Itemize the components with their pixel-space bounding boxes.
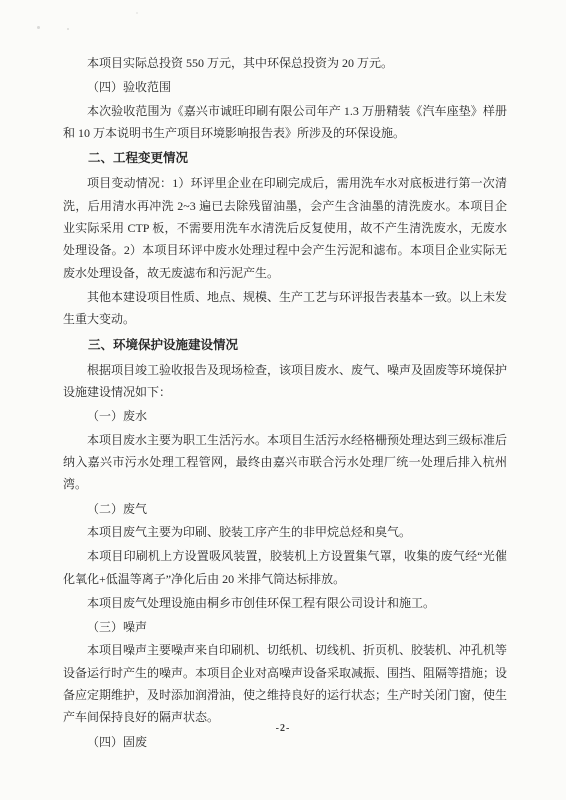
paragraph-waste-gas-treatment: 本项目印刷机上方设置吸风装置，胶装机上方设置集气罩，收集的废气经“光催化氧化+低…	[63, 545, 507, 590]
paragraph-acceptance-scope: 本次验收范围为《嘉兴市诚旺印刷有限公司年产 1.3 万册精装《汽车座垫》样册和 …	[63, 100, 507, 145]
paragraph-wastewater: 本项目废水主要为职工生活污水。本项目生活污水经格栅预处理达到三级标准后纳入嘉兴市…	[63, 429, 507, 496]
document-page: 本项目实际总投资 550 万元，其中环保总投资为 20 万元。 （四）验收范围 …	[0, 0, 566, 800]
paragraph-noise: 本项目噪声主要噪声来自印刷机、切纸机、切线机、折页机、胶装机、冲孔机等设备运行时…	[63, 639, 507, 728]
scan-artifact	[67, 28, 69, 30]
paragraph-no-major-changes: 其他本建设项目性质、地点、规模、生产工艺与环评报告表基本一致。以上未发生重大变动…	[63, 286, 507, 331]
document-body: 本项目实际总投资 550 万元，其中环保总投资为 20 万元。 （四）验收范围 …	[63, 52, 507, 754]
subheading-section-4-acceptance-scope: （四）验收范围	[63, 76, 507, 98]
paragraph-waste-gas-contractor: 本项目废气处理设施由桐乡市创佳环保工程有限公司设计和施工。	[63, 592, 507, 614]
scan-artifact	[37, 26, 40, 29]
paragraph-facilities-overview: 根据项目竣工验收报告及现场检查，该项目废水、废气、噪声及固废等环境保护设施建设情…	[63, 359, 507, 404]
paragraph-total-investment: 本项目实际总投资 550 万元，其中环保总投资为 20 万元。	[63, 52, 507, 74]
paragraph-project-changes: 项目变动情况：1）环评里企业在印刷完成后，需用洗车水对底板进行第一次清洗，后用清…	[63, 172, 507, 283]
scan-artifact	[136, 12, 138, 14]
paragraph-waste-gas-source: 本项目废气主要为印刷、胶装工序产生的非甲烷总烃和臭气。	[63, 521, 507, 543]
heading-2-project-changes: 二、工程变更情况	[63, 147, 507, 169]
heading-3-env-protection-facilities: 三、环境保护设施建设情况	[63, 334, 507, 356]
page-number: -2-	[0, 723, 566, 734]
subheading-1-wastewater: （一）废水	[63, 405, 507, 427]
subheading-2-waste-gas: （二）废气	[63, 498, 507, 520]
subheading-3-noise: （三）噪声	[63, 616, 507, 638]
